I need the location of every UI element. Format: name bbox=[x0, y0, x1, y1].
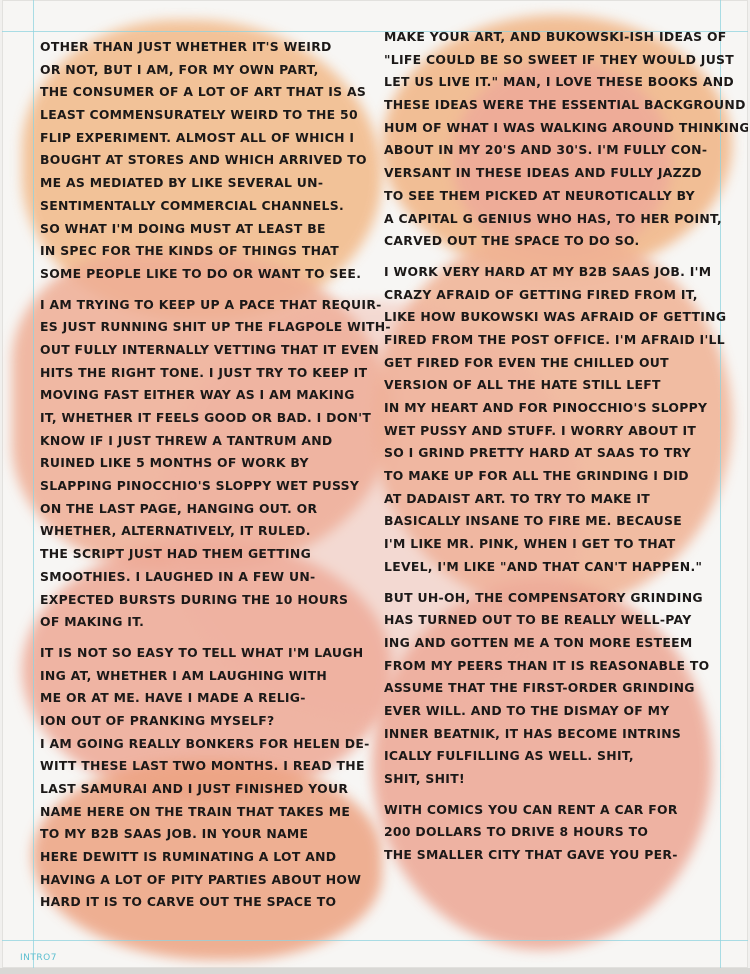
paragraph: Other than just whether it's weird or no… bbox=[40, 36, 380, 286]
text-line: let us live it." Man, I love these books… bbox=[384, 71, 720, 94]
text-line: inner beatnik, it has become intrins bbox=[384, 723, 720, 746]
paragraph: With comics you can rent a car for 200 d… bbox=[384, 799, 720, 867]
text-line: whether, alternatively, it ruled. bbox=[40, 520, 380, 543]
panel-guide-line bbox=[2, 940, 748, 941]
text-line: Witt these last two months. I read The bbox=[40, 755, 380, 778]
text-line: on the last page, hanging out. Or bbox=[40, 498, 380, 521]
text-line: at dadaist art. To try to make it bbox=[384, 488, 720, 511]
text-line: smoothies. I laughed in a few un- bbox=[40, 566, 380, 589]
text-line: hum of what I was walking around thinkin… bbox=[384, 117, 720, 140]
text-line: know if I just threw a tantrum and bbox=[40, 430, 380, 453]
text-line: in spec for the kinds of things that bbox=[40, 240, 380, 263]
text-line: the smaller city that gave you per- bbox=[384, 844, 720, 867]
text-line: like how Bukowski was afraid of getting bbox=[384, 306, 720, 329]
text-line: from my peers than it is reasonable to bbox=[384, 655, 720, 678]
text-line: to make up for all the grinding I did bbox=[384, 465, 720, 488]
right-text-column: make your art, and Bukowski-ish ideas of… bbox=[384, 26, 720, 867]
text-line: The script just had them getting bbox=[40, 543, 380, 566]
text-line: me as mediated by like several un- bbox=[40, 172, 380, 195]
text-line: But uh-oh, the compensatory grinding bbox=[384, 587, 720, 610]
text-line: expected bursts during the 10 hours bbox=[40, 589, 380, 612]
paragraph: It is not so easy to tell what I'm laugh… bbox=[40, 642, 380, 914]
text-line: With comics you can rent a car for bbox=[384, 799, 720, 822]
text-line: ruined like 5 months of work by bbox=[40, 452, 380, 475]
text-line: to my B2B SaaS job. In Your Name bbox=[40, 823, 380, 846]
text-line: moving fast either way as I am making bbox=[40, 384, 380, 407]
text-line: out fully internally vetting that it eve… bbox=[40, 339, 380, 362]
text-line: to see them picked at neurotically by bbox=[384, 185, 720, 208]
text-line: sentimentally commercial channels. bbox=[40, 195, 380, 218]
text-line: has turned out to be really well-pay bbox=[384, 609, 720, 632]
comic-page: Other than just whether it's weird or no… bbox=[2, 0, 748, 968]
text-line: shit, shit! bbox=[384, 768, 720, 791]
paragraph: make your art, and Bukowski-ish ideas of… bbox=[384, 26, 720, 253]
text-line: it, whether it feels good or bad. I don'… bbox=[40, 407, 380, 430]
text-line: some people like to do or want to see. bbox=[40, 263, 380, 286]
text-line: carved out the space to do so. bbox=[384, 230, 720, 253]
text-line: es just running shit up the flagpole wit… bbox=[40, 316, 380, 339]
text-line: versant in these ideas and fully jazzd bbox=[384, 162, 720, 185]
text-line: basically insane to fire me. Because bbox=[384, 510, 720, 533]
text-line: or not, but I am, for my own part, bbox=[40, 59, 380, 82]
text-line: ically fulfilling as well. Shit, bbox=[384, 745, 720, 768]
paragraph: I work very hard at my B2B SaaS job. I'm… bbox=[384, 261, 720, 579]
text-line: level, I'm like "And that can't happen." bbox=[384, 556, 720, 579]
text-line: It is not so easy to tell what I'm laugh bbox=[40, 642, 380, 665]
text-line: ing and gotten me a ton more esteem bbox=[384, 632, 720, 655]
text-line: 200 dollars to drive 8 hours to bbox=[384, 821, 720, 844]
text-line: so I grind pretty hard at SaaS to try bbox=[384, 442, 720, 465]
text-line: I'm like Mr. Pink, when I get to that bbox=[384, 533, 720, 556]
text-line: having a lot of pity parties about how bbox=[40, 869, 380, 892]
text-line: flip experiment. Almost all of which I bbox=[40, 127, 380, 150]
text-line: Last Samurai and I just finished Your bbox=[40, 778, 380, 801]
text-line: about in my 20's and 30's. I'm fully con… bbox=[384, 139, 720, 162]
text-line: make your art, and Bukowski-ish ideas of bbox=[384, 26, 720, 49]
text-line: I am going really bonkers for Helen De- bbox=[40, 733, 380, 756]
text-line: a capital G genius who has, to her point… bbox=[384, 208, 720, 231]
text-line: So what I'm doing must at least be bbox=[40, 218, 380, 241]
text-line: wet pussy and stuff. I worry about it bbox=[384, 420, 720, 443]
paragraph: I am trying to keep up a pace that requi… bbox=[40, 294, 380, 634]
text-line: bought at stores and which arrived to bbox=[40, 149, 380, 172]
text-line: the consumer of a lot of art that is as bbox=[40, 81, 380, 104]
text-line: hard it is to carve out the space to bbox=[40, 891, 380, 914]
text-line: hits the right tone. I just try to keep … bbox=[40, 362, 380, 385]
panel-guide-line bbox=[720, 0, 721, 968]
text-line: version of all the hate still left bbox=[384, 374, 720, 397]
text-line: these ideas were the essential backgroun… bbox=[384, 94, 720, 117]
text-line: assume that the first-order grinding bbox=[384, 677, 720, 700]
page-label: INTRO7 bbox=[20, 953, 57, 963]
text-line: ing at, whether I am laughing with bbox=[40, 665, 380, 688]
text-line: fired from the post office. I'm afraid I… bbox=[384, 329, 720, 352]
left-text-column: Other than just whether it's weird or no… bbox=[40, 36, 380, 914]
text-line: I work very hard at my B2B SaaS job. I'm bbox=[384, 261, 720, 284]
text-line: ever will. And to the dismay of my bbox=[384, 700, 720, 723]
paragraph: But uh-oh, the compensatory grinding has… bbox=[384, 587, 720, 791]
text-line: Other than just whether it's weird bbox=[40, 36, 380, 59]
text-line: of making it. bbox=[40, 611, 380, 634]
text-line: "Life could be so sweet if they would ju… bbox=[384, 49, 720, 72]
text-line: crazy afraid of getting fired from it, bbox=[384, 284, 720, 307]
text-line: get fired for even the chilled out bbox=[384, 352, 720, 375]
scanner-edge bbox=[0, 968, 750, 974]
text-line: Name Here on the train that takes me bbox=[40, 801, 380, 824]
text-line: ion out of pranking myself? bbox=[40, 710, 380, 733]
text-line: Here DeWitt is ruminating a lot and bbox=[40, 846, 380, 869]
text-line: me or at me. Have I made a relig- bbox=[40, 687, 380, 710]
text-line: slapping Pinocchio's sloppy wet pussy bbox=[40, 475, 380, 498]
text-line: in my heart and for Pinocchio's sloppy bbox=[384, 397, 720, 420]
text-line: least commensurately weird to the 50 bbox=[40, 104, 380, 127]
panel-guide-line bbox=[33, 0, 34, 968]
text-line: I am trying to keep up a pace that requi… bbox=[40, 294, 380, 317]
